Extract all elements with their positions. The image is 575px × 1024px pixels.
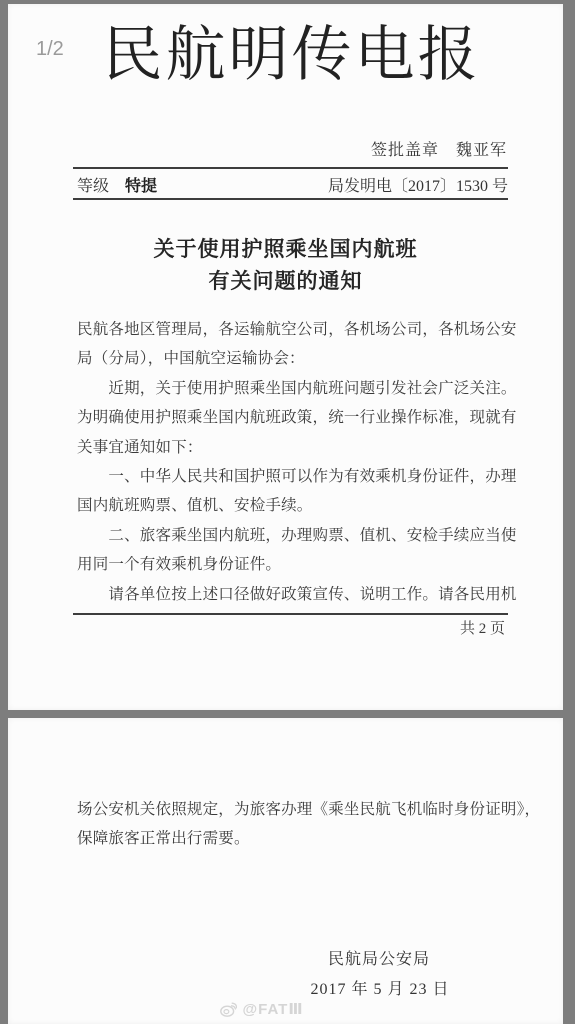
document-page-2: 场公安机关依照规定，为旅客办理《乘坐民航飞机临时身份证明》， 保障旅客正常出行需… — [8, 718, 563, 1024]
weibo-icon — [220, 1002, 237, 1017]
body-line: 一、中华人民共和国护照可以作为有效乘机身份证件，办理 — [77, 462, 543, 491]
body-line: 为明确使用护照乘坐国内航班政策，统一行业操作标准，现就有 — [77, 403, 543, 432]
document-number: 局发明电〔2017〕1530 号 — [328, 173, 508, 196]
meta-row: 等级特提 局发明电〔2017〕1530 号 — [77, 173, 508, 196]
header-rule-top — [73, 167, 508, 169]
body-line: 用同一个有效乘机身份证件。 — [77, 550, 543, 579]
issuing-authority: 民航局公安局 — [279, 946, 479, 969]
body-text-page2: 场公安机关依照规定，为旅客办理《乘坐民航飞机临时身份证明》， 保障旅客正常出行需… — [77, 795, 543, 854]
watermark-text: @FATⅢ — [242, 1000, 303, 1018]
watermark: @FATⅢ — [162, 1000, 362, 1018]
body-line: 保障旅客正常出行需要。 — [77, 824, 543, 853]
body-line: 国内航班购票、值机、安检手续。 — [77, 491, 543, 520]
body-line: 民航各地区管理局，各运输航空公司，各机场公司，各机场公安 — [77, 315, 543, 344]
document-page-1: 1/2 民航明传电报 签批盖章 魏亚军 等级特提 局发明电〔2017〕1530 … — [8, 4, 563, 710]
header-rule-bottom — [73, 198, 508, 200]
subject-title-line2: 有关问题的通知 — [8, 265, 563, 295]
body-text-page1: 民航各地区管理局，各运输航空公司，各机场公司，各机场公安 局（分局），中国航空运… — [77, 315, 543, 609]
body-line: 场公安机关依照规定，为旅客办理《乘坐民航飞机临时身份证明》， — [77, 795, 543, 824]
issue-date: 2017 年 5 月 23 日 — [260, 976, 500, 999]
page-count-label: 共 2 页 — [460, 617, 505, 638]
body-line: 局（分局），中国航空运输协会： — [77, 344, 543, 373]
priority-level-label: 等级 — [77, 178, 109, 195]
body-line: 关事宜通知如下： — [77, 433, 543, 462]
priority-level-value: 特提 — [125, 178, 157, 195]
footer-rule — [73, 613, 508, 615]
body-line: 近期，关于使用护照乘坐国内航班问题引发社会广泛关注。 — [77, 374, 543, 403]
telegram-scan-viewer: 1/2 民航明传电报 签批盖章 魏亚军 等级特提 局发明电〔2017〕1530 … — [0, 0, 575, 1024]
telegram-masthead: 民航明传电报 — [8, 22, 563, 88]
signature-approval-line: 签批盖章 魏亚军 — [371, 137, 507, 160]
body-line: 请各单位按上述口径做好政策宣传、说明工作。请各民用机 — [77, 580, 543, 609]
body-line: 二、旅客乘坐国内航班，办理购票、值机、安检手续应当使 — [77, 521, 543, 550]
priority-level: 等级特提 — [77, 173, 157, 196]
subject-title-line1: 关于使用护照乘坐国内航班 — [8, 233, 563, 263]
